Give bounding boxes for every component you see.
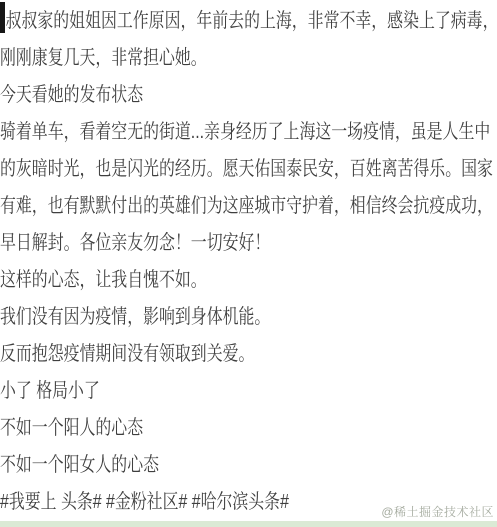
text-cursor [0, 2, 5, 33]
text-line[interactable]: 的灰暗时光，也是闪光的经历。愿天佑国泰民安，百姓离苦得乐。国家 [0, 151, 497, 188]
text-line[interactable]: 刚刚康复几天，非常担心她。 [0, 40, 497, 77]
text-line[interactable]: 小了 格局小了 [0, 373, 497, 410]
text-line[interactable]: 骑着单车，看着空无的街道...亲身经历了上海这一场疫情，虽是人生中 [0, 114, 497, 151]
text-line[interactable]: 反而抱怨疫情期间没有领取到关爱。 [0, 336, 497, 373]
community-watermark: @稀土掘金技术社区 [381, 503, 494, 520]
text-line[interactable]: 有难，也有默默付出的英雄们为这座城市守护着，相信终会抗疫成功， [0, 188, 497, 225]
text-line[interactable]: 我们没有因为疫情，影响到身体机能。 [0, 299, 497, 336]
text-line[interactable]: 今天看她的发布状态 [0, 77, 497, 114]
text-line[interactable]: 叔叔家的姐姐因工作原因，年前去的上海，非常不幸，感染上了病毒， [0, 3, 497, 40]
post-text[interactable]: 叔叔家的姐姐因工作原因，年前去的上海，非常不幸，感染上了病毒， 刚刚康复几天，非… [0, 3, 497, 521]
text-line[interactable]: 不如一个阳人的心态 [0, 410, 497, 447]
text-line[interactable]: 不如一个阳女人的心态 [0, 447, 497, 484]
bottom-accent-bar [0, 521, 497, 527]
text-line[interactable]: 这样的心态，让我自愧不如。 [0, 262, 497, 299]
document-page: 叔叔家的姐姐因工作原因，年前去的上海，非常不幸，感染上了病毒， 刚刚康复几天，非… [0, 0, 497, 527]
text-line[interactable]: 早日解封。各位亲友勿念！一切安好！ [0, 225, 497, 262]
